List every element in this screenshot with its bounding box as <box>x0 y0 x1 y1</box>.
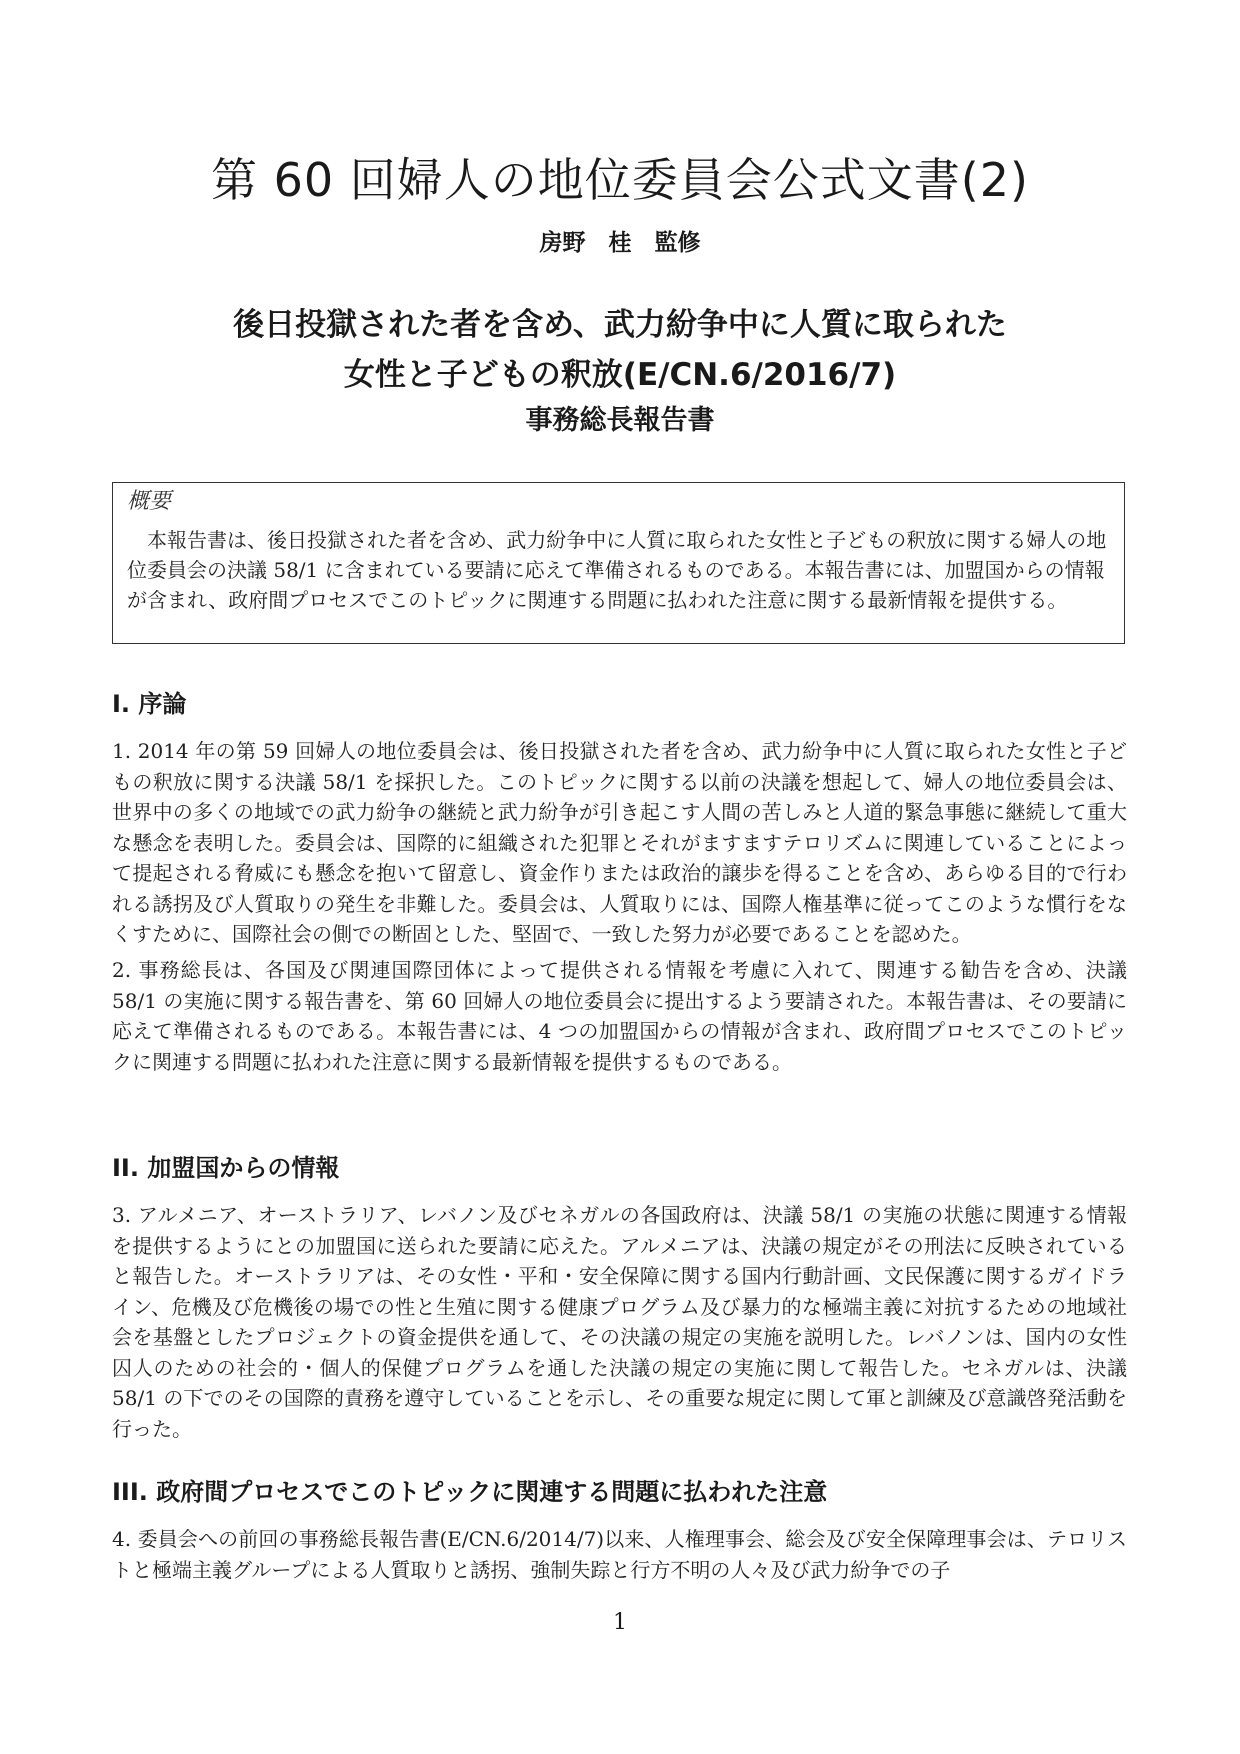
report-subtitle: 後日投獄された者を含め、武力紛争中に人質に取られた 女性と子どもの釈放(E/CN… <box>0 300 1240 400</box>
paragraph-1: 1. 2014 年の第 59 回婦人の地位委員会は、後日投獄された者を含め、武力… <box>112 736 1127 950</box>
section-heading-intergovernmental: III. 政府間プロセスでこのトピックに関連する問題に払われた注意 <box>112 1476 827 1508</box>
page-number: 1 <box>0 1608 1240 1638</box>
summary-box: 概要 本報告書は、後日投獄された者を含め、武力紛争中に人質に取られた女性と子ども… <box>112 482 1125 644</box>
document-page: 第 60 回婦人の地位委員会公式文書(2) 房野 桂 監修 後日投獄された者を含… <box>0 0 1240 1754</box>
document-title: 第 60 回婦人の地位委員会公式文書(2) <box>0 150 1240 210</box>
paragraph-2: 2. 事務総長は、各国及び関連国際団体によって提供される情報を考慮に入れて、関連… <box>112 955 1127 1077</box>
section-heading-member-states: II. 加盟国からの情報 <box>112 1152 339 1184</box>
summary-label: 概要 <box>127 487 1110 517</box>
paragraph-3: 3. アルメニア、オーストラリア、レバノン及びセネガルの各国政府は、決議 58/… <box>112 1200 1127 1444</box>
section-heading-introduction: I. 序論 <box>112 688 186 720</box>
subtitle-line-1: 後日投獄された者を含め、武力紛争中に人質に取られた <box>0 300 1240 350</box>
subtitle-line-2: 女性と子どもの釈放(E/CN.6/2016/7) <box>0 350 1240 400</box>
summary-text: 本報告書は、後日投獄された者を含め、武力紛争中に人質に取られた女性と子どもの釈放… <box>127 525 1110 615</box>
paragraph-4: 4. 委員会への前回の事務総長報告書(E/CN.6/2014/7)以来、人権理事… <box>112 1524 1127 1585</box>
editor-credit: 房野 桂 監修 <box>0 228 1240 258</box>
report-type-heading: 事務総長報告書 <box>0 403 1240 439</box>
